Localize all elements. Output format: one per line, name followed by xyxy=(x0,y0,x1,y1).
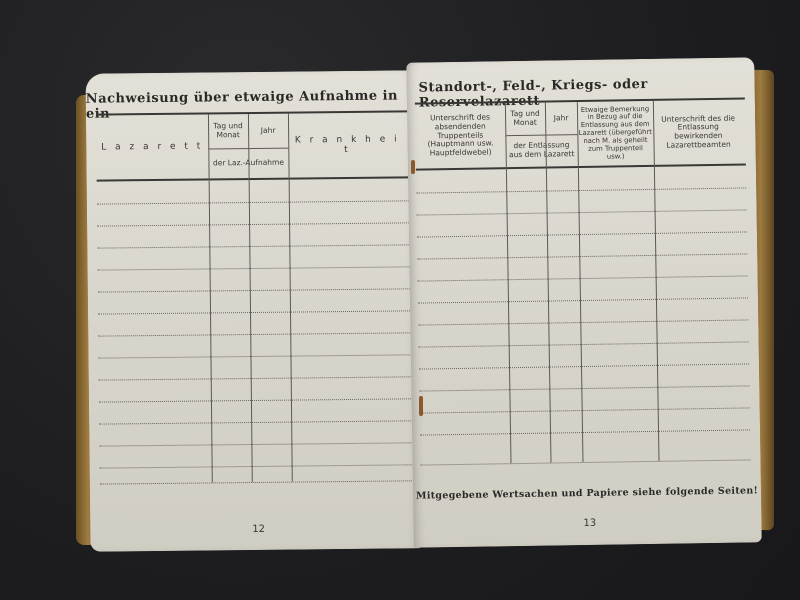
entry-row xyxy=(97,222,409,226)
entry-row xyxy=(98,354,410,358)
col-header-jahr: Jahr xyxy=(545,102,577,134)
entry-row xyxy=(100,480,412,484)
footer-note: Mitgegebene Wertsachen und Papiere siehe… xyxy=(413,485,761,501)
entry-row xyxy=(418,275,748,281)
entry-row xyxy=(417,253,747,259)
col-header-tag-monat: Tag und Monat xyxy=(505,103,545,136)
entry-row xyxy=(417,231,747,237)
entry-row xyxy=(420,407,750,413)
page-number-right: 13 xyxy=(583,518,596,529)
entry-row xyxy=(421,459,751,465)
entry-row xyxy=(97,200,409,204)
entry-row xyxy=(98,310,410,314)
entry-row xyxy=(98,332,410,336)
left-page: Nachweisung über etwaige Aufnahme in ein… xyxy=(86,70,421,551)
entry-row xyxy=(99,420,411,424)
staple-rust-mark xyxy=(419,396,423,416)
entry-row xyxy=(97,244,409,248)
entry-row xyxy=(418,319,748,325)
col-header-unterschrift-lazarett: Unterschrift des die Entlassung bewirken… xyxy=(653,99,744,164)
entry-row xyxy=(417,209,747,215)
entry-row xyxy=(419,385,749,391)
entry-row xyxy=(99,398,411,402)
col-header-tag-monat: Tag und Monat xyxy=(208,114,248,148)
right-page: Standort-, Feld-, Kriegs- oder Reservela… xyxy=(406,57,762,547)
col-header-unterschrift-truppenteil: Unterschrift des absendenden Truppenteil… xyxy=(415,103,506,168)
entry-row xyxy=(420,429,750,435)
entry-row xyxy=(99,442,411,446)
entry-row xyxy=(100,464,412,468)
col-header-krankheit: K r a n k h e i t xyxy=(288,112,407,177)
col-header-jahr: Jahr xyxy=(248,114,288,148)
entry-row xyxy=(99,376,411,380)
col-header-entlassung: der Entlassung aus dem Lazarett xyxy=(505,134,577,167)
col-header-bemerkung: Etwaige Bemerkung in Bezug auf die Entla… xyxy=(577,101,654,166)
entry-row xyxy=(419,341,749,347)
entry-row xyxy=(418,297,748,303)
entry-row xyxy=(98,266,410,270)
col-header-lazarett: L a z a r e t t xyxy=(96,114,209,179)
entry-row xyxy=(98,288,410,292)
page-number-left: 12 xyxy=(252,524,265,535)
entry-row xyxy=(416,187,746,193)
entry-row xyxy=(419,363,749,369)
staple-rust-mark xyxy=(411,160,415,174)
